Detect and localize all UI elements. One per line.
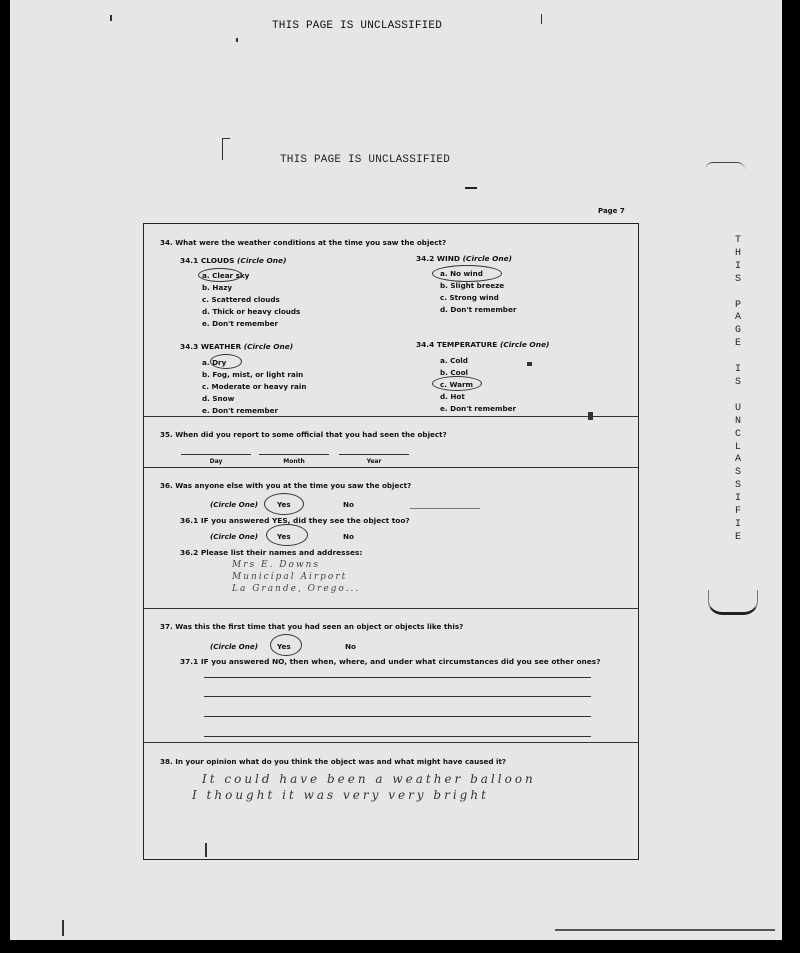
wind-option-b[interactable]: b. Slight breeze (440, 281, 504, 290)
side-bracket-bottom (708, 590, 758, 615)
scan-artifact (527, 362, 532, 366)
handwritten-address-2: La Grande, Orego... (232, 584, 360, 594)
q37-instruction: (Circle One) (210, 642, 258, 651)
side-bracket-top (705, 162, 745, 173)
classification-stamp-second: THIS PAGE IS UNCLASSIFIED (280, 154, 450, 166)
scan-artifact (555, 929, 775, 931)
section-divider (144, 742, 638, 743)
clouds-option-b[interactable]: b. Hazy (202, 283, 232, 292)
weather-option-b[interactable]: b. Fog, mist, or light rain (202, 370, 303, 379)
question-36-1: 36.1 IF you answered YES, did they see t… (180, 516, 410, 525)
wind-option-c[interactable]: c. Strong wind (440, 293, 499, 302)
handwritten-address-1: Municipal Airport (232, 572, 347, 582)
month-label: Month (259, 458, 329, 465)
scan-mark (222, 138, 230, 139)
selection-circle (432, 265, 502, 282)
classification-stamp-vertical: THIS PAGE IS UNCLASSIFIE (733, 235, 743, 545)
scan-mark (465, 187, 477, 189)
temperature-option-d[interactable]: d. Hot (440, 392, 465, 401)
question-35: 35. When did you report to some official… (160, 430, 447, 439)
section-divider (144, 608, 638, 609)
clouds-option-e[interactable]: e. Don't remember (202, 319, 278, 328)
q36-1-no[interactable]: No (343, 532, 354, 541)
question-37: 37. Was this the first time that you had… (160, 622, 463, 631)
day-field[interactable] (181, 454, 251, 455)
temperature-option-a[interactable]: a. Cold (440, 356, 468, 365)
weather-option-e[interactable]: e. Don't remember (202, 406, 278, 415)
q36-1-instruction: (Circle One) (210, 532, 258, 541)
scan-artifact (62, 920, 64, 936)
selection-circle (266, 524, 308, 546)
scan-mark (222, 138, 223, 160)
selection-circle (432, 376, 482, 391)
classification-stamp-top: THIS PAGE IS UNCLASSIFIED (272, 20, 442, 32)
weather-option-d[interactable]: d. Snow (202, 394, 234, 403)
handwritten-answer-line-1: It could have been a weather balloon (202, 772, 536, 786)
clouds-option-c[interactable]: c. Scattered clouds (202, 295, 280, 304)
scan-artifact (110, 15, 112, 21)
day-label: Day (181, 458, 251, 465)
selection-circle (198, 268, 242, 282)
handwritten-name: Mrs E. Downs (232, 560, 320, 570)
weather-heading: 34.3 WEATHER (Circle One) (180, 342, 293, 351)
year-label: Year (339, 458, 409, 465)
selection-circle (264, 493, 304, 515)
q36-no[interactable]: No (343, 500, 354, 509)
section-divider (144, 416, 638, 417)
scan-artifact (236, 38, 238, 42)
question-36: 36. Was anyone else with you at the time… (160, 481, 411, 490)
question-38: 38. In your opinion what do you think th… (160, 757, 506, 766)
temperature-option-e[interactable]: e. Don't remember (440, 404, 516, 413)
answer-line-2[interactable] (204, 696, 591, 697)
scan-artifact (541, 14, 542, 24)
weather-option-c[interactable]: c. Moderate or heavy rain (202, 382, 307, 391)
q37-no[interactable]: No (345, 642, 356, 651)
answer-line-3[interactable] (204, 716, 591, 717)
year-field[interactable] (339, 454, 409, 455)
selection-circle (270, 634, 302, 656)
month-field[interactable] (259, 454, 329, 455)
handwritten-answer-line-2: I thought it was very very bright (192, 788, 489, 802)
page-number: Page 7 (598, 207, 625, 215)
question-34: 34. What were the weather conditions at … (160, 238, 446, 247)
section-divider (144, 467, 638, 468)
wind-heading: 34.2 WIND (Circle One) (416, 254, 512, 263)
scan-artifact (588, 412, 593, 420)
answer-line-1[interactable] (204, 677, 591, 678)
answer-line-4[interactable] (204, 736, 591, 737)
selection-circle (210, 354, 242, 369)
question-37-1: 37.1 IF you answered NO, then when, wher… (180, 657, 601, 666)
q36-instruction: (Circle One) (210, 500, 258, 509)
clouds-heading: 34.1 CLOUDS (Circle One) (180, 256, 286, 265)
question-36-2: 36.2 Please list their names and address… (180, 548, 362, 557)
wind-option-d[interactable]: d. Don't remember (440, 305, 516, 314)
scan-artifact (410, 508, 480, 509)
scan-artifact (205, 843, 207, 857)
questionnaire-form: 34. What were the weather conditions at … (143, 223, 639, 860)
temperature-heading: 34.4 TEMPERATURE (Circle One) (416, 340, 549, 349)
clouds-option-d[interactable]: d. Thick or heavy clouds (202, 307, 300, 316)
